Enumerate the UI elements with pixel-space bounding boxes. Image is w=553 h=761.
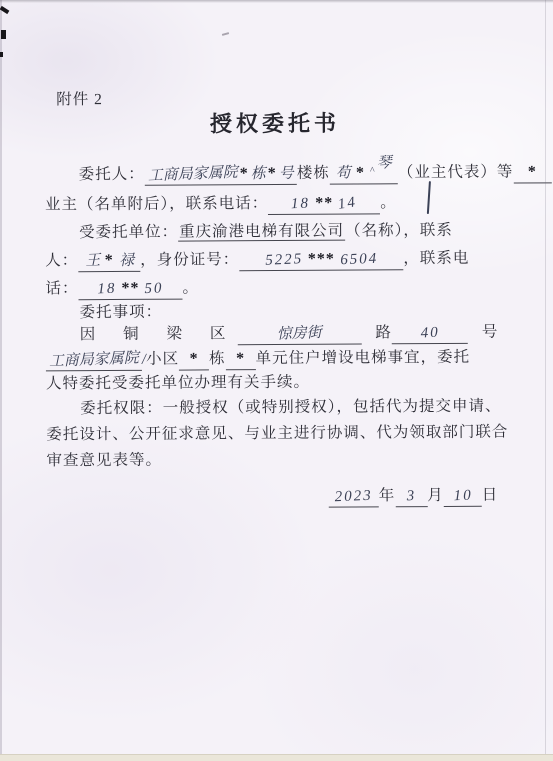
handwriting-road-number: 40 [420, 322, 440, 345]
attachment-text: 附件 2 [56, 91, 103, 108]
matters-label: 委托事项： [80, 304, 163, 322]
handwriting-phone2-suffix: 50 [144, 277, 164, 300]
handwriting-dong: 栋 [250, 163, 266, 186]
street-blank: 惊房街 [237, 322, 361, 345]
line-compound: 工商局家属院/小区*栋*单元住户增设电梯事宜，委托 [46, 346, 528, 371]
handwriting-day: 10 [453, 484, 473, 507]
road-number-blank: 40 [392, 322, 468, 344]
line-contact-id: 人：王*禄，身份证号：5225***6504，联系电 [45, 247, 527, 272]
year-blank: 2023 [329, 485, 379, 507]
representative-name-blank: 苟*^琴 [330, 162, 398, 184]
building-blank: * [179, 348, 209, 370]
handwriting-slash: / [141, 349, 146, 371]
month-label: 月 [427, 487, 444, 504]
handwriting-id-prefix: 5225 [264, 248, 303, 272]
redaction-star: * [356, 162, 365, 184]
number-label: 号 [482, 324, 499, 341]
owner-phone-label: 业主（名单附后），联系电话： [45, 195, 268, 213]
redaction-stars: ** [315, 193, 333, 215]
line-authority-1: 委托权限：一般授权（或特别授权），包括代为提交申请、 [46, 395, 553, 420]
authority-text-3: 审查意见表等。 [46, 452, 162, 470]
scan-corner-mark [1, 30, 6, 39]
id-label: ，身份证号： [140, 251, 239, 269]
year-label: 年 [379, 487, 396, 504]
agent-unit-label: 受委托单位： [79, 224, 178, 242]
handwriting-phone-suffix: 14 [337, 191, 359, 216]
period: 。 [182, 279, 199, 296]
day-blank: 10 [444, 485, 482, 507]
unit-matter-text: 单元住户增设电梯事宜，委托 [256, 349, 471, 367]
handwriting-contact-last: 禄 [118, 250, 134, 273]
contact-name-blank: 王*禄 [78, 250, 140, 272]
phone-label-lead: ，联系电 [403, 250, 469, 267]
redaction-star: * [240, 163, 249, 185]
handwriting-street: 惊房街 [276, 322, 322, 346]
handwriting-name-first: 苟 [335, 162, 351, 185]
title-text: 授权委托书 [210, 111, 340, 137]
line-agent-phone: 话：18**50。 [45, 275, 527, 300]
line-entrust-tail: 人特委托受委托单位办理有关手续。 [46, 370, 528, 395]
redaction-stars: ** [121, 278, 139, 300]
scan-edge-bottom [0, 754, 553, 761]
handwriting-compound-2: 工商局家属院 [48, 347, 139, 373]
line-authority-2: 委托设计、公开征求意见、与业主进行协调、代为领取部门联合 [46, 421, 528, 446]
document-title: 授权委托书 [0, 111, 551, 136]
line-agent-unit: 受委托单位：重庆渝港电梯有限公司（名称），联系 [45, 219, 553, 244]
redaction-star: * [236, 348, 245, 370]
attachment-label: 附件 2 [56, 86, 538, 111]
compound-blank: 工商局家属院 [46, 349, 142, 372]
handwriting-hao: 号 [278, 163, 294, 186]
owner-phone-blank: 18**14 [268, 192, 380, 215]
road-label: 路 [375, 324, 392, 341]
scan-edge-left [0, 0, 2, 761]
redaction-stars: *** [308, 249, 335, 271]
handwriting-month: 3 [406, 485, 416, 507]
scan-edge-top [0, 0, 553, 3]
name-note: （名称），联系 [345, 222, 453, 240]
line-date: 2023年3月10日 [329, 484, 539, 507]
agent-phone-blank: 18**50 [78, 278, 182, 301]
line-principal: 委托人：工商局家属院*栋*号楼栋苟*^琴（业主代表）等*位 [45, 161, 553, 186]
scan-edge-right [545, 0, 546, 761]
scanned-document: 附件 2 授权委托书 委托人：工商局家属院*栋*号楼栋苟*^琴（业主代表）等*位… [0, 0, 553, 761]
authority-text-2: 委托设计、公开征求意见、与业主进行协调、代为领取部门联合 [46, 424, 508, 444]
company-name: 重庆渝港电梯有限公司 [178, 223, 345, 242]
handwriting-year: 2023 [334, 485, 373, 509]
day-label: 日 [482, 487, 499, 504]
handwriting-compound: 工商局家属院 [147, 162, 238, 188]
redaction-star: * [528, 161, 537, 183]
id-number-blank: 5225***6504 [239, 248, 403, 271]
dong-label: 栋 [209, 350, 226, 367]
line-matters-heading: 委托事项： [46, 299, 553, 324]
handwriting-contact-first: 王 [84, 250, 100, 273]
unit-blank: * [226, 348, 256, 370]
xiaoqu-label: 小区 [146, 351, 179, 368]
document-page: 附件 2 授权委托书 委托人：工商局家属院*栋*号楼栋苟*^琴（业主代表）等*位… [0, 0, 553, 761]
principal-label: 委托人： [79, 166, 145, 183]
entrust-tail-text: 人特委托受委托单位办理有关手续。 [46, 374, 310, 393]
line-location: 因 铜 梁 区惊房街路40号 [46, 321, 553, 346]
phone-label-tail: 话： [45, 280, 78, 297]
redaction-star: * [190, 348, 199, 370]
contact-label: 人： [45, 252, 78, 269]
insertion-caret: ^ [370, 165, 376, 176]
loudong-label: 楼栋 [297, 165, 330, 182]
scan-corner-mark [0, 52, 3, 57]
handwriting-id-suffix: 6504 [339, 248, 378, 272]
rep-label: （业主代表）等 [398, 164, 514, 182]
redaction-star: * [268, 163, 277, 185]
line-owner-phone: 业主（名单附后），联系电话：18**14。 [45, 191, 527, 216]
handwriting-phone2-prefix: 18 [97, 278, 117, 301]
month-blank: 3 [395, 485, 427, 507]
redaction-star: * [105, 250, 114, 272]
handwriting-phone-prefix: 18 [291, 192, 311, 215]
authority-text-1: 委托权限：一般授权（或特别授权），包括代为提交申请、 [80, 398, 501, 418]
district-label: 因 铜 梁 区 [80, 325, 238, 343]
principal-blank: 工商局家属院*栋*号 [145, 163, 297, 186]
handwriting-name-last: 琴 [376, 152, 392, 175]
line-authority-3: 审查意见表等。 [46, 447, 528, 472]
period: 。 [380, 194, 397, 211]
